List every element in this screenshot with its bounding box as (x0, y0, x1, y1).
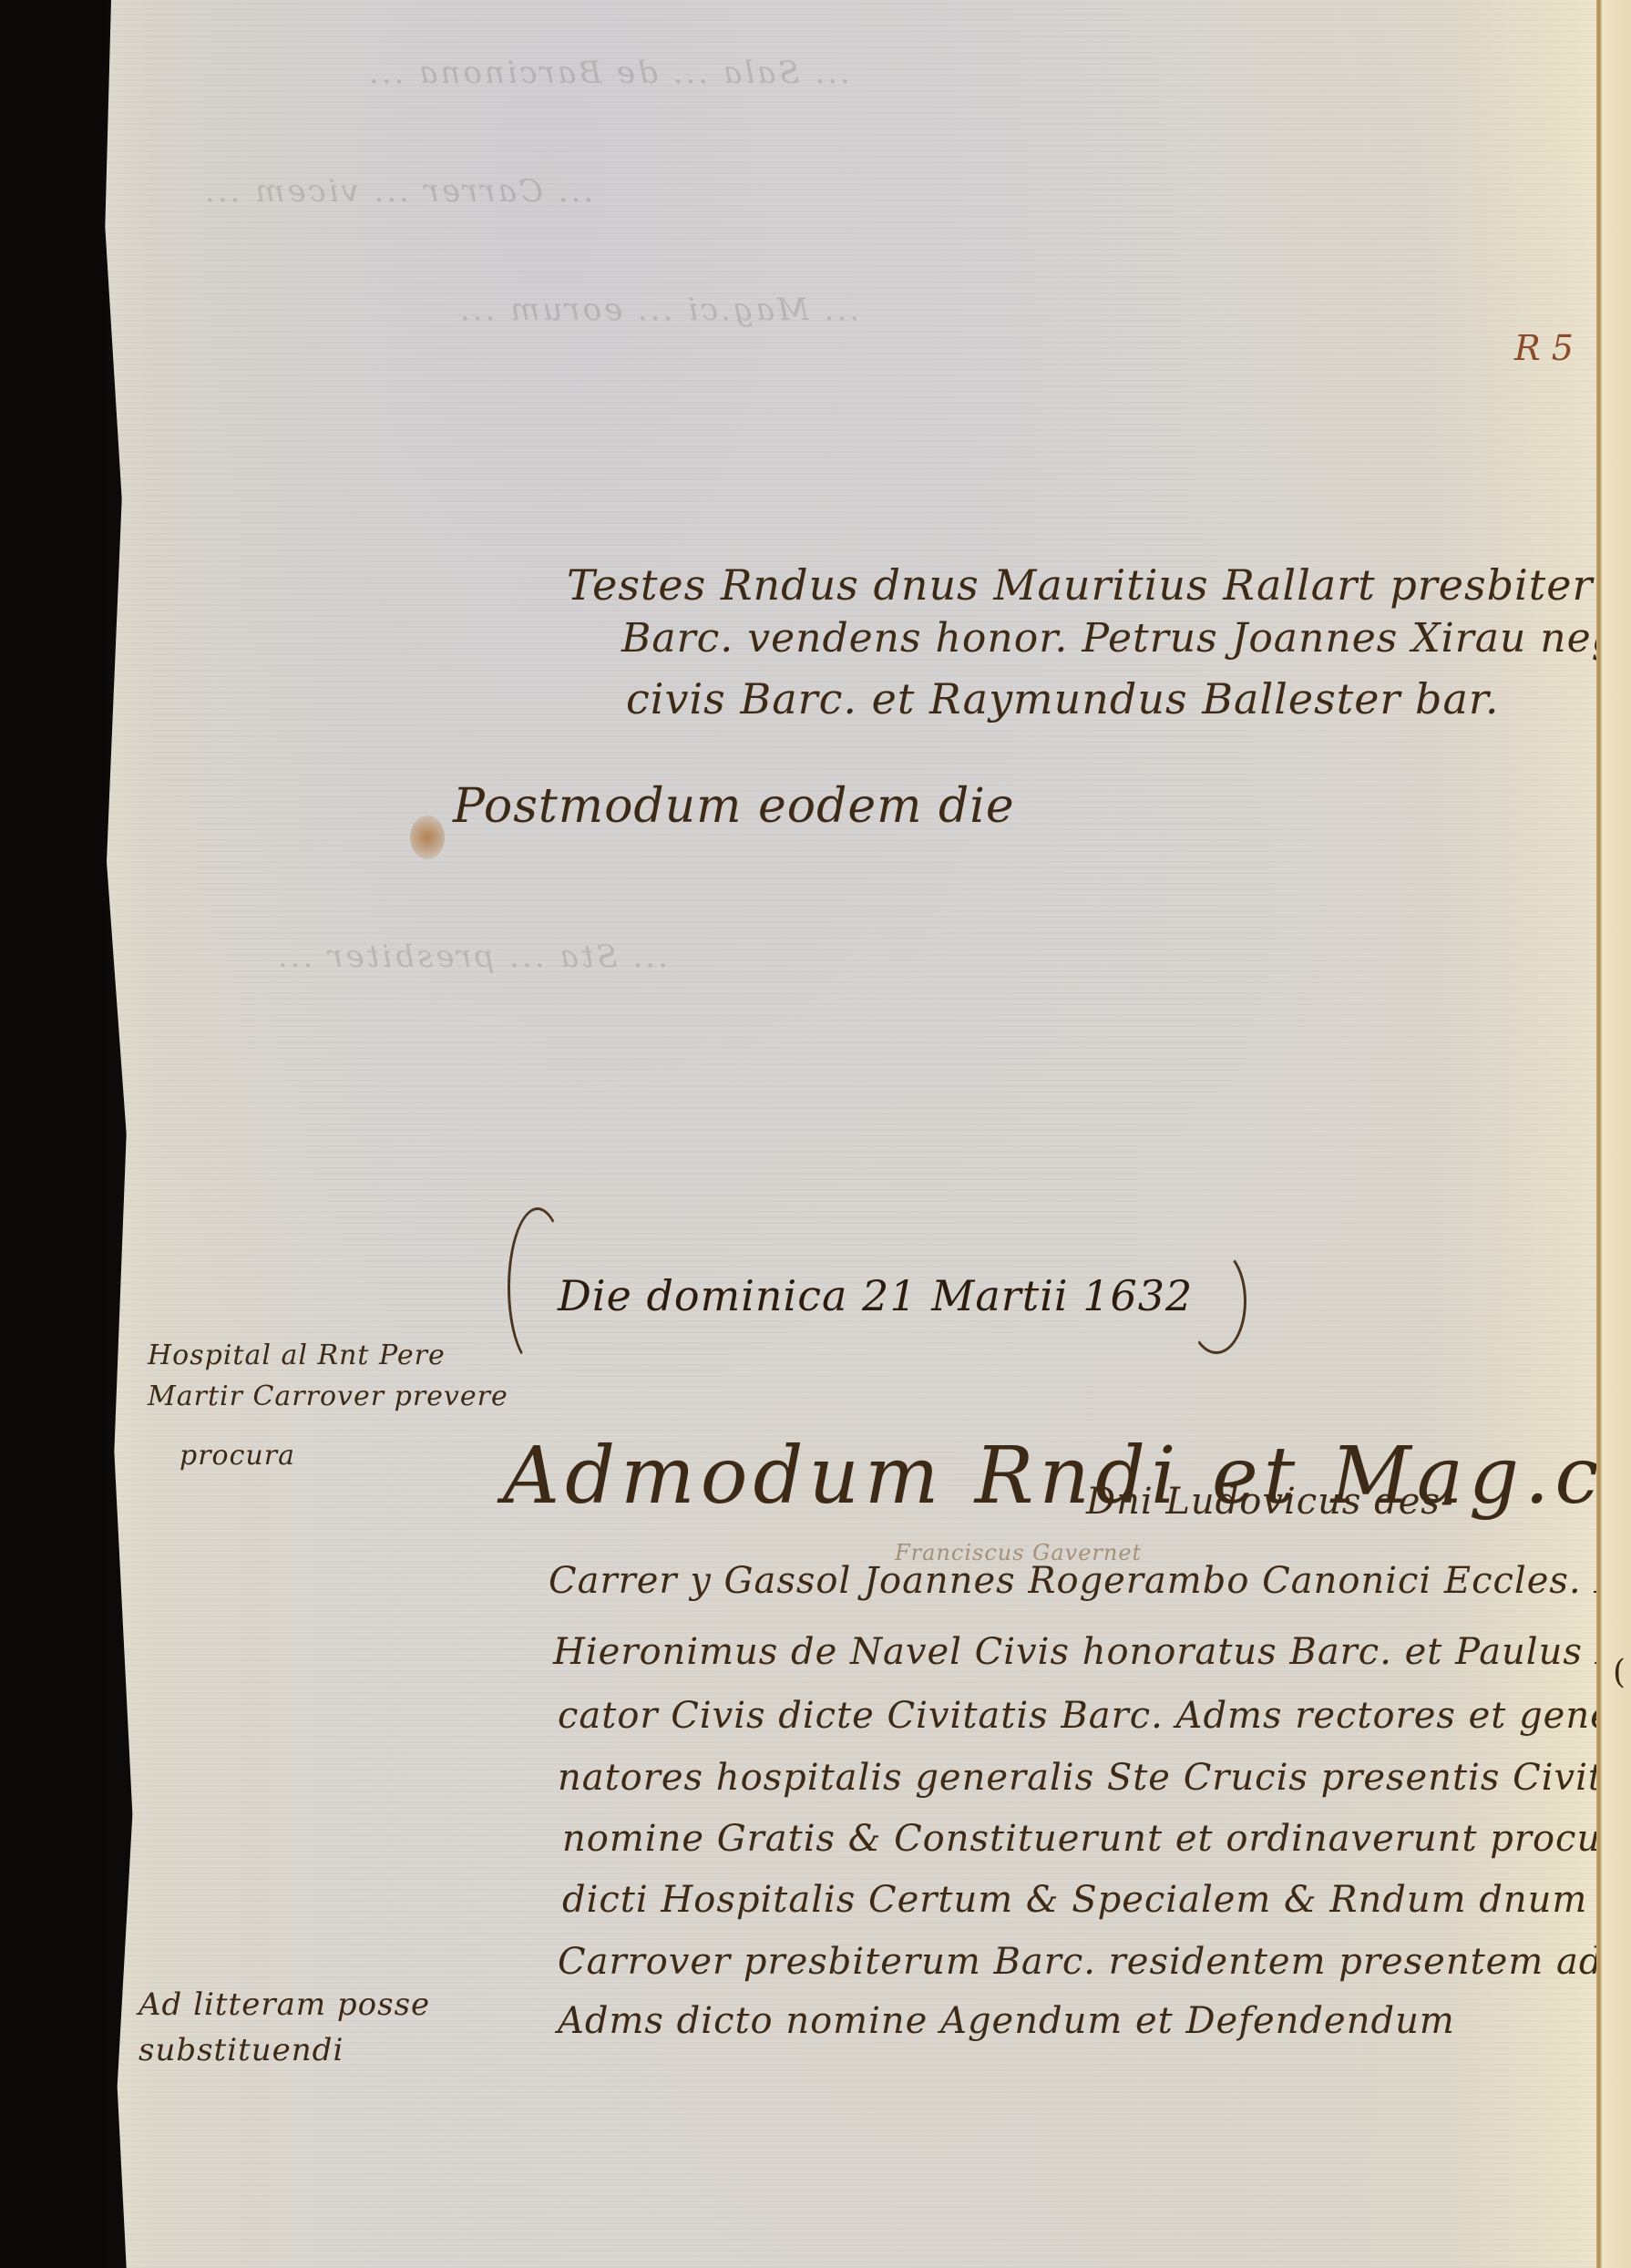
deed-line: dicti Hospitalis Certum & Specialem & Rn… (562, 1879, 1631, 1921)
deed-line: Carrer y Gassol Joannes Rogerambo Canoni… (549, 1560, 1631, 1602)
deed-line: cator Civis dicte Civitatis Barc. Adms r… (558, 1695, 1631, 1737)
flourish-right (1186, 1248, 1246, 1354)
margin-note-line: substituendi (138, 2032, 344, 2068)
date-heading: Die dominica 21 Martii 1632 (558, 1271, 1193, 1320)
adjacent-page-edge (1602, 0, 1631, 2268)
deed-line: natores hospitalis generalis Ste Crucis … (558, 1757, 1631, 1799)
margin-note-line: Hospital al Rnt Pere (148, 1339, 446, 1371)
bleed-through-line: ... Sala ... de Barcinona ... (366, 55, 850, 91)
deed-line: Dni Ludovicus des- (1086, 1481, 1453, 1523)
margin-note-line: procura (180, 1440, 295, 1472)
manuscript-page: ... Sala ... de Barcinona ... ... Carrer… (93, 0, 1613, 2268)
deed-line: Hieronimus de Navel Civis honoratus Barc… (553, 1631, 1631, 1673)
scanner-background (0, 0, 108, 2268)
witnesses-line-2: Barc. vendens honor. Petrus Joannes Xira… (621, 615, 1631, 662)
deed-line: Carrover presbiterum Barc. residentem pr… (558, 1941, 1631, 1983)
margin-note-line: Ad litteram posse (138, 1986, 430, 2023)
bleed-through-line: ... Sta ... presbiter ... (275, 939, 668, 975)
deed-line: nomine Gratis & Constituerunt et ordinav… (562, 1818, 1631, 1860)
adjacent-page-glyph: ( (1613, 1654, 1626, 1691)
deed-opening: Admodum Rndi et Mag.ci (503, 1431, 1631, 1522)
margin-note-line: Martir Carrover prevere (148, 1380, 508, 1412)
deed-line: Adms dicto nomine Agendum et Defendendum (558, 2000, 1455, 2042)
ink-stain (410, 816, 445, 859)
bleed-through-line: ... Carrer ... vicem ... (202, 173, 593, 210)
witnesses-line-1: Testes Rndus dnus Mauritius Rallart pres… (567, 560, 1593, 610)
folio-number: R 5 (1514, 328, 1574, 368)
bleed-through-line: ... Mag.ci ... eorum ... (457, 292, 859, 328)
postmodum-heading: Postmodum eodem die (453, 779, 1015, 834)
witnesses-line-3: civis Barc. et Raymundus Ballester bar. (626, 674, 1499, 724)
